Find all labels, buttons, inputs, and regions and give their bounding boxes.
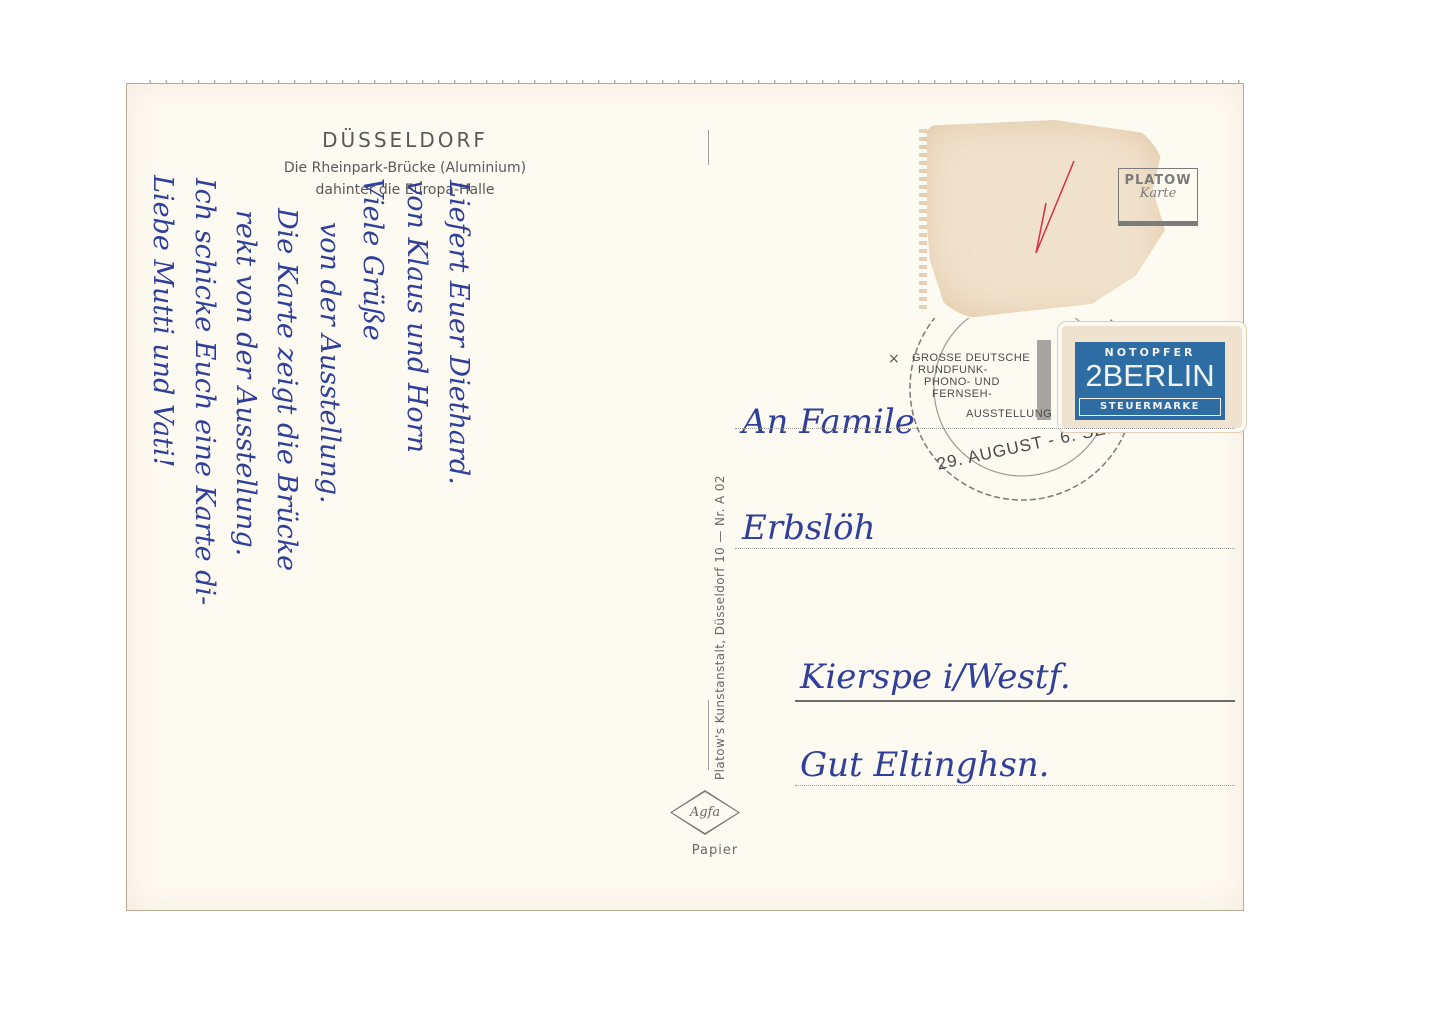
stamp-bottom-text: STEUERMARKE	[1079, 398, 1221, 416]
message-line: von Klaus und Horn	[401, 180, 432, 453]
message-line: Die Karte zeigt die Brücke	[271, 208, 302, 571]
address-line-4: Gut Eltinghsn.	[800, 745, 1049, 785]
card-subtitle-line1: Die Rheinpark-Brücke (Aluminium)	[235, 160, 575, 176]
platow-karte-box: PLATOW Karte	[1118, 168, 1198, 226]
notopfer-stamp: NOTOPFER 2BERLIN STEUERMARKE	[1075, 342, 1225, 420]
karte-label: Karte	[1119, 186, 1197, 201]
message-line: Ich schicke Euch eine Karte di-	[189, 178, 220, 605]
address-rule	[795, 785, 1235, 786]
address-line-1: An Famile	[742, 402, 915, 442]
message-line: Liebe Mutti und Vati!	[147, 175, 178, 467]
postmark-line2: RUNDFUNK-	[918, 364, 988, 376]
perforation-remnant	[919, 125, 927, 310]
svg-text:×: ×	[888, 351, 900, 367]
card-title: DÜSSELDORF	[250, 128, 560, 152]
postmark-line3: PHONO- UND	[924, 376, 1000, 388]
address-rule	[735, 428, 1235, 429]
red-check-mark-icon	[1028, 157, 1078, 257]
publisher-imprint: Platow's Kunstanstalt, Düsseldorf 10 — N…	[713, 475, 727, 780]
message-line: von der Ausstellung.	[314, 222, 345, 504]
address-rule	[735, 548, 1235, 549]
postmark-line5: AUSSTELLUNG	[966, 408, 1052, 420]
divider-line	[708, 130, 709, 165]
stamp-value-city: 2BERLIN	[1075, 359, 1225, 393]
paper-label: Papier	[675, 843, 755, 858]
address-rule-underline	[795, 700, 1235, 702]
stamp-value: 2	[1085, 358, 1102, 393]
address-line-3: Kierspe i/Westf.	[800, 657, 1071, 697]
postmark-line1: GROSSE DEUTSCHE	[912, 352, 1030, 364]
message-line: Viele Grüße	[357, 178, 388, 341]
address-line-2: Erbslöh	[742, 508, 876, 548]
message-line: Liefert Euer Diethard.	[443, 180, 474, 485]
stamp-city: BERLIN	[1103, 358, 1215, 393]
divider-line	[708, 700, 709, 770]
message-line: rekt von der Ausstellung.	[230, 210, 261, 556]
postmark-line4: FERNSEH-	[932, 388, 992, 400]
